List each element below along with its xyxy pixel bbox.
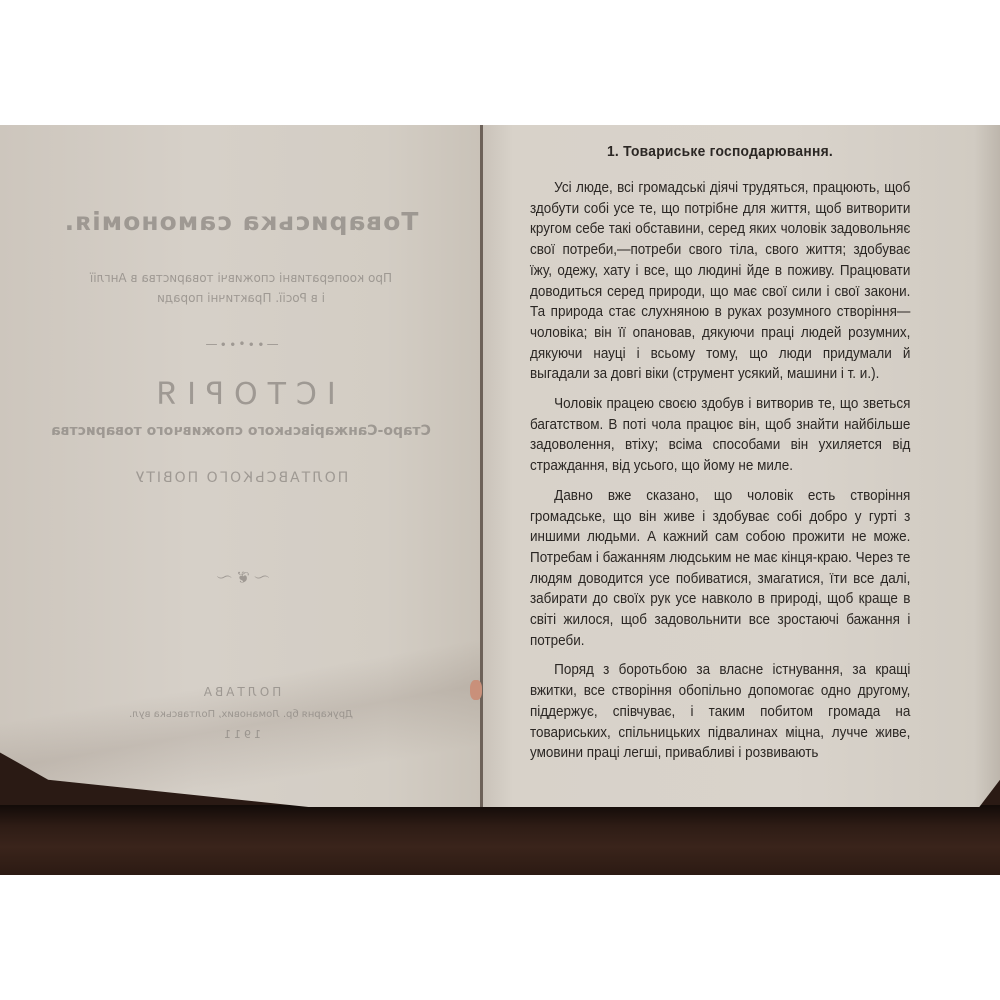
ornament-flourish-icon: ～❦～: [0, 565, 482, 588]
book-photo: Товариська самономія. Про кооперативні с…: [0, 125, 1000, 875]
page-tear: [470, 680, 482, 700]
wooden-surface: [0, 805, 1000, 875]
paragraph: Усі люде, всі громадські діячі трудяться…: [530, 178, 910, 385]
paragraph: Чоловік працею своєю здобув і витворив т…: [530, 394, 910, 477]
bleed-title: Товариська самономія.: [0, 207, 482, 236]
bleed-history-heading: ІСТОРІЯ: [0, 377, 482, 412]
paragraph: Поряд з боротьбою за власне істнування, …: [530, 660, 910, 764]
bleed-press: Друкарня бр. Ломанових, Полтавська вул.: [0, 709, 482, 720]
left-page-bleed-through: Товариська самономія. Про кооперативні с…: [0, 125, 482, 807]
bleed-history-subtitle: Старо-Санжарівського споживчого товарист…: [0, 423, 482, 439]
paragraph: Давно вже сказано, що чоловік есть створ…: [530, 486, 910, 652]
bleed-history-subtitle-2: ПОЛТАВСЬКОГО ПОВІТУ: [0, 470, 482, 486]
bleed-year: 1911: [0, 728, 482, 741]
right-page-text: 1. Товариське господарювання. Усі люде, …: [530, 143, 910, 773]
bleed-city: ПОЛТАВА: [0, 685, 482, 699]
ornament-divider-icon: —∙∙•∙∙—: [0, 337, 482, 351]
bleed-subtitle-2: і в Росії. Практичні поради: [0, 291, 482, 305]
chapter-title: 1. Товариське господарювання.: [545, 143, 895, 160]
book-spine: [480, 125, 483, 807]
bleed-subtitle-1: Про кооперативні споживчі товариства в А…: [0, 271, 482, 285]
